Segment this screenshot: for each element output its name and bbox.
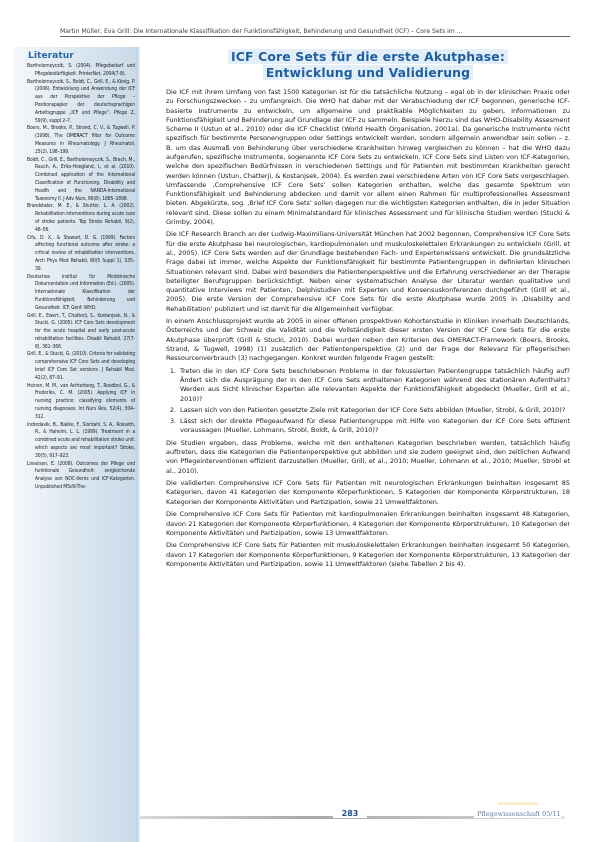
references-sidebar: Literatur Bartholomeyczik, S. (2004). Pf… bbox=[14, 47, 138, 842]
reference-item: Cifu, D. X., & Stewart, D. G. (1999). Fa… bbox=[27, 235, 135, 274]
question-item: Lässt sich der direkte Pflegeaufwand für… bbox=[178, 417, 570, 436]
article-body: Die ICF mit ihrem Umfang von fast 1500 K… bbox=[166, 88, 570, 572]
body-paragraph: Die Studien ergaben, dass Probleme, welc… bbox=[166, 439, 570, 476]
reference-item: Linseisen, E. (2008). Outcomes der Pfleg… bbox=[27, 461, 135, 492]
article-title: ICF Core Sets für die erste Akutphase: E… bbox=[166, 49, 570, 81]
reference-item: Grill, E., & Stucki, G. (2010). Criteria… bbox=[27, 351, 135, 382]
reference-item: Heinen, M. M., van Achterberg, T., Roodb… bbox=[27, 383, 135, 422]
body-paragraph: Die ICF mit ihrem Umfang von fast 1500 K… bbox=[166, 88, 570, 227]
body-paragraph: Die Comprehensive ICF Core Sets für Pati… bbox=[166, 541, 570, 569]
running-head: Martin Müller, Eva Grill: Die Internatio… bbox=[60, 28, 570, 37]
reference-list: Bartholomeyczik, S. (2004). Pflegebedarf… bbox=[27, 63, 135, 492]
journal-accent-bar bbox=[498, 802, 538, 805]
reference-item: Boldt, C., Grill, E., Bartholomeyczik, S… bbox=[27, 157, 135, 204]
journal-issue: Pflegewissenschaft 05/11 bbox=[474, 810, 561, 818]
body-paragraph: Die Comprehensive ICF Core Sets für Pati… bbox=[166, 510, 570, 538]
article-title-line-1: ICF Core Sets für die erste Akutphase: bbox=[228, 49, 508, 64]
reference-item: Grill, E., Ewert, T., Chatterji, S., Kos… bbox=[27, 313, 135, 352]
reference-item: Deutsches Institut für Medizinische Doku… bbox=[27, 274, 135, 313]
question-item: Treten die in den ICF Core Sets beschrie… bbox=[178, 367, 570, 404]
body-paragraph: Die validierten Comprehensive ICF Core S… bbox=[166, 479, 570, 507]
page-number: 283 bbox=[333, 809, 367, 818]
references-heading: Literatur bbox=[28, 50, 74, 61]
question-list: Treten die in den ICF Core Sets beschrie… bbox=[166, 367, 570, 436]
reference-item: Indredavik, B., Bakke, F., Slordahl, S. … bbox=[27, 422, 135, 461]
body-paragraph: Die ICF Research Branch an der Ludwig-Ma… bbox=[166, 230, 570, 314]
reference-item: Bartholomeyczik, S., Boldt, C., Grill, E… bbox=[27, 79, 135, 126]
body-paragraph: In einem Anschlussprojekt wurde ab 2005 … bbox=[166, 317, 570, 363]
article-title-line-2: Entwicklung und Validierung bbox=[263, 65, 473, 80]
question-item: Lassen sich von den Patienten gesetzte Z… bbox=[178, 406, 570, 415]
reference-item: Brandstater, M. E., & Shutter, L. A. (20… bbox=[27, 203, 135, 234]
reference-item: Boers, M., Brooks, P., Strand, C. V., & … bbox=[27, 125, 135, 156]
reference-item: Bartholomeyczik, S. (2004). Pflegebedarf… bbox=[27, 63, 135, 79]
